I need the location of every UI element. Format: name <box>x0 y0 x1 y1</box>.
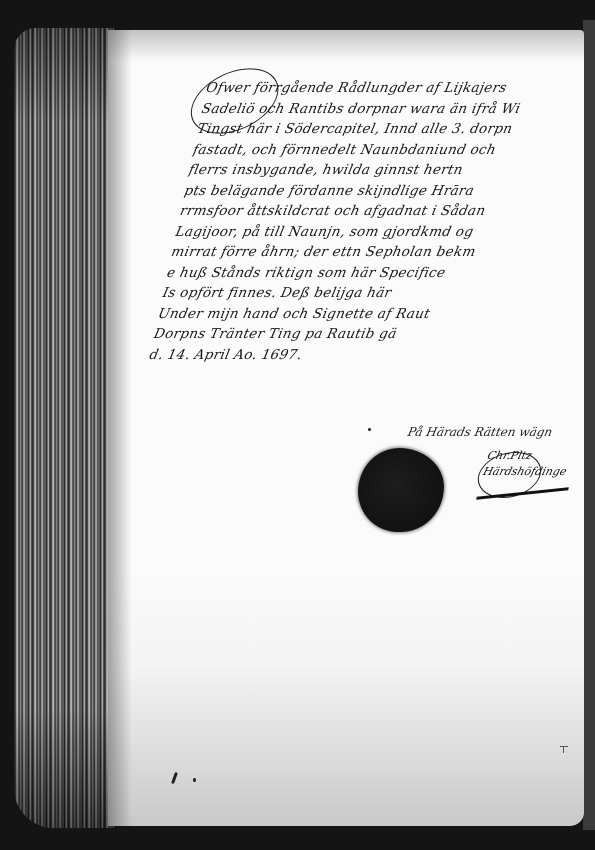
text-line: pts belägande fördanne skijndlige Hrāra <box>182 181 584 202</box>
signature-block: Chr.Pltz Härdshöfdinge <box>476 448 579 498</box>
book-fore-edge <box>14 28 114 828</box>
wax-seal <box>358 448 444 532</box>
manuscript-scan: Ofwer förrgående Rådlungder af Lijkajers… <box>0 0 595 850</box>
text-line: e huß Stånds riktign som här Specifice <box>165 263 569 284</box>
ink-spot <box>193 778 196 782</box>
text-line: Lagijoor, på till Naunjn, som gjordkmd o… <box>174 222 578 243</box>
text-line: rrmsfoor åttskildcrat och afgadnat i Såd… <box>178 201 582 222</box>
manuscript-body: Ofwer förrgående Rådlungder af Lijkajers… <box>147 78 584 365</box>
ink-spot <box>171 772 178 784</box>
text-line: mirrat förre åhrn; der ettn Sepholan bek… <box>169 242 573 263</box>
text-line: Is opfört finnes. Deß belijga här <box>161 283 565 304</box>
ink-spot <box>368 428 371 431</box>
text-line: Dorpns Tränter Ting pa Rautib gä <box>152 324 556 345</box>
date-line: d. 14. April Ao. 1697. <box>147 345 551 366</box>
manuscript-page: Ofwer förrgående Rådlungder af Lijkajers… <box>108 30 584 826</box>
text-line: flerrs insbygande, hwilda ginnst hertn <box>187 160 584 181</box>
book-binding-edge <box>583 20 595 830</box>
closing-formula: På Härads Rätten wägn <box>407 425 554 439</box>
text-line: Under mijn hand och Signette af Raut <box>156 304 560 325</box>
text-line: fastadt, och förnnedelt Naunbdaniund och <box>191 140 584 161</box>
margin-mark <box>560 746 568 755</box>
